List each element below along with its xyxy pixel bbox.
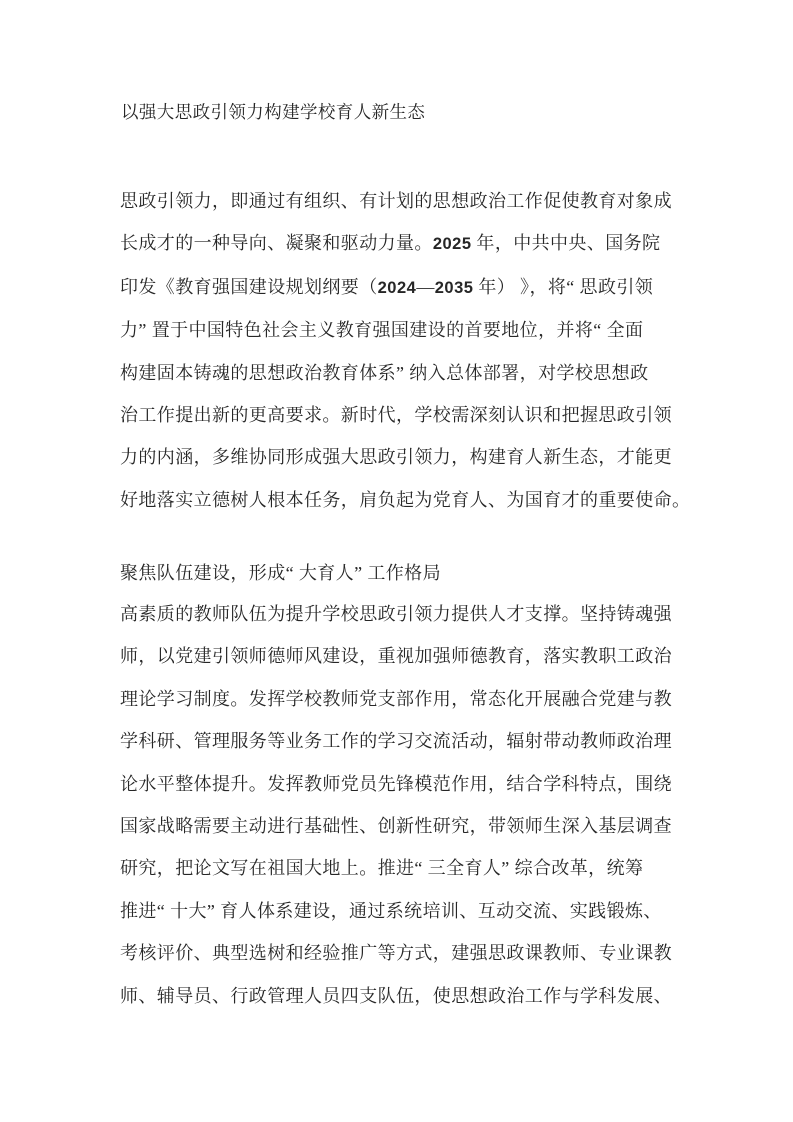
- text-line: 研究，把论文写在祖国大地上。推进“ 三全育人” 综合改革，统筹: [120, 847, 680, 889]
- section-heading: 聚焦队伍建设，形成“ 大育人” 工作格局: [120, 552, 441, 594]
- text-line: 印发《教育强国建设规划纲要（2024—2035 年） 》，将“ 思政引领: [120, 266, 680, 309]
- text-line: 思政引领力，即通过有组织、有计划的思想政治工作促使教育对象成: [120, 180, 680, 222]
- text-line: 学科研、管理服务等业务工作的学习交流活动，辐射带动教师政治理: [120, 720, 680, 762]
- text-line: 论水平整体提升。发挥教师党员先锋模范作用，结合学科特点，围绕: [120, 763, 680, 805]
- text-line: 高素质的教师队伍为提升学校思政引领力提供人才支撑。坚持铸魂强: [120, 593, 680, 635]
- text-line: 考核评价、典型选树和经验推广等方式，建强思政课教师、专业课教: [120, 932, 680, 974]
- text-line: 国家战略需要主动进行基础性、创新性研究，带领师生深入基层调查: [120, 805, 680, 847]
- text-line: 力的内涵，多维协同形成强大思政引领力，构建育人新生态，才能更: [120, 436, 680, 478]
- text-line: 力” 置于中国特色社会主义教育强国建设的首要地位，并将“ 全面: [120, 309, 680, 351]
- text-line: 理论学习制度。发挥学校教师党支部作用，常态化开展融合党建与教: [120, 678, 680, 720]
- text-line: 治工作提出新的更高要求。新时代，学校需深刻认识和把握思政引领: [120, 394, 680, 436]
- paragraph-intro: 思政引领力，即通过有组织、有计划的思想政治工作促使教育对象成 长成才的一种导向、…: [120, 180, 680, 521]
- text-line: 长成才的一种导向、凝聚和驱动力量。2025 年，中共中央、国务院: [120, 222, 680, 265]
- text-line: 构建固本铸魂的思想政治教育体系” 纳入总体部署，对学校思想政: [120, 352, 680, 394]
- document-page: 以强大思政引领力构建学校育人新生态 思政引领力，即通过有组织、有计划的思想政治工…: [0, 0, 793, 1122]
- document-title: 以强大思政引领力构建学校育人新生态: [121, 91, 425, 133]
- text-line: 好地落实立德树人根本任务，肩负起为党育人、为国育才的重要使命。: [120, 479, 680, 521]
- text-line: 师、辅导员、行政管理人员四支队伍，使思想政治工作与学科发展、: [120, 975, 680, 1017]
- text-line: 师，以党建引领师德师风建设，重视加强师德教育，落实教职工政治: [120, 635, 680, 677]
- text-line: 推进“ 十大” 育人体系建设，通过系统培训、互动交流、实践锻炼、: [120, 890, 680, 932]
- paragraph-team-building: 高素质的教师队伍为提升学校思政引领力提供人才支撑。坚持铸魂强 师，以党建引领师德…: [120, 593, 680, 1017]
